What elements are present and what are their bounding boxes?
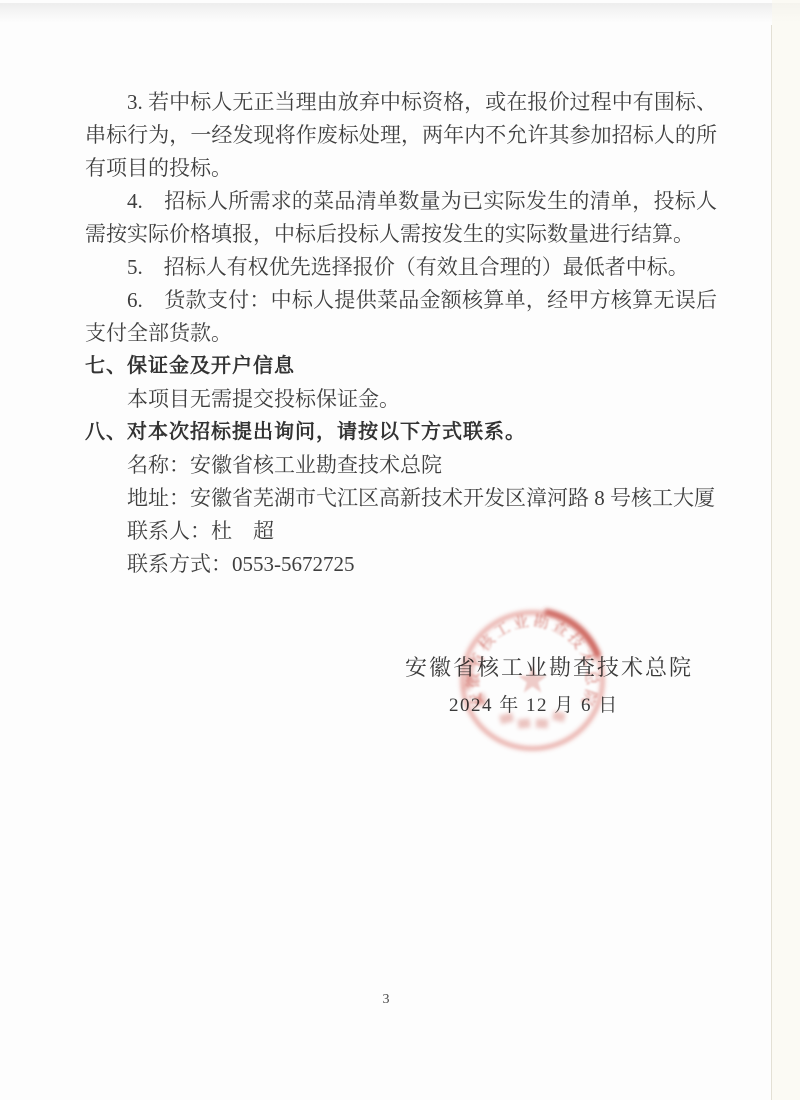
clause-paragraph-3: 3. 若中标人无正当理由放弃中标资格，或在报价过程中有围标、串标行为，一经发现将… (85, 86, 717, 185)
signature-organization: 安徽省核工业勘查技术总院 (405, 651, 693, 682)
scanned-document-page: 3. 若中标人无正当理由放弃中标资格，或在报价过程中有围标、串标行为，一经发现将… (0, 0, 800, 1100)
contact-label-name: 名称： (127, 453, 190, 477)
contact-value-person: 杜 超 (211, 519, 274, 543)
scan-shadow-top (0, 3, 800, 23)
contact-label-address: 地址： (127, 486, 190, 510)
contact-line-address: 地址：安徽省芜湖市弋江区高新技术开发区漳河路 8 号核工大厦 (85, 482, 717, 515)
contact-line-phone: 联系方式：0553-5672725 (85, 548, 717, 581)
seal-ring-smudge (545, 612, 599, 657)
scan-edge-line (771, 25, 772, 1100)
contact-label-person: 联系人： (127, 519, 211, 543)
page-number: 3 (371, 992, 401, 1008)
contact-value-address: 安徽省芜湖市弋江区高新技术开发区漳河路 8 号核工大厦 (190, 486, 715, 510)
scan-edge-band (772, 0, 800, 1100)
document-body: 3. 若中标人无正当理由放弃中标资格，或在报价过程中有围标、串标行为，一经发现将… (85, 86, 717, 581)
contact-line-name: 名称：安徽省核工业勘查技术总院 (85, 449, 717, 482)
section-heading-contact: 八、对本次招标提出询问，请按以下方式联系。 (85, 416, 717, 449)
contact-value-name: 安徽省核工业勘查技术总院 (190, 453, 442, 477)
section-body-guarantee: 本项目无需提交投标保证金。 (85, 383, 717, 416)
clause-paragraph-4: 4. 招标人所需求的菜品清单数量为已实际发生的清单，投标人需按实际价格填报，中标… (85, 185, 717, 251)
signature-date: 2024 年 12 月 6 日 (449, 690, 619, 717)
contact-label-phone: 联系方式： (127, 552, 232, 576)
clause-paragraph-6: 6. 货款支付：中标人提供菜品金额核算单，经甲方核算无误后支付全部货款。 (85, 284, 717, 350)
contact-value-phone: 0553-5672725 (232, 552, 355, 576)
section-heading-guarantee: 七、保证金及开户信息 (85, 350, 717, 383)
contact-line-person: 联系人：杜 超 (85, 515, 717, 548)
clause-paragraph-5: 5. 招标人有权优先选择报价（有效且合理的）最低者中标。 (85, 251, 717, 284)
